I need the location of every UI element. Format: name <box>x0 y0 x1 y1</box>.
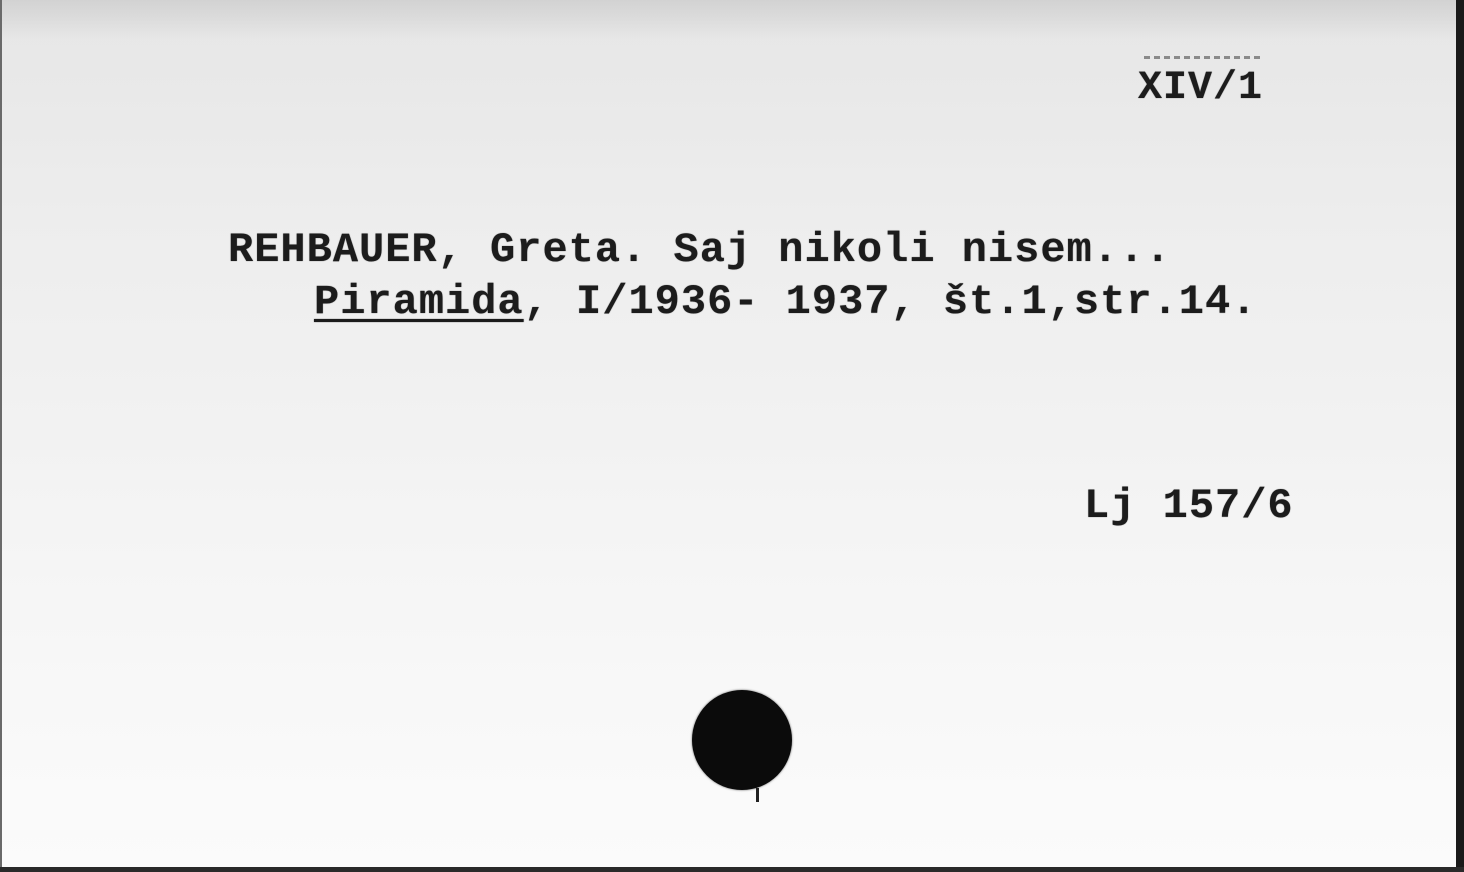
catalog-card: XIV/1 REHBAUER, Greta. Saj nikoli nisem.… <box>0 0 1456 867</box>
journal-title: Piramida <box>314 278 524 326</box>
entry-line-author-title: REHBAUER, Greta. Saj nikoli nisem... <box>228 226 1171 274</box>
smudge-mark <box>1144 56 1260 59</box>
citation-details: , I/1936- 1937, št.1,str.14. <box>524 278 1258 326</box>
work-title: Saj nikoli nisem... <box>673 226 1171 274</box>
call-number: XIV/1 <box>1138 66 1263 111</box>
location-code: Lj 157/6 <box>1084 482 1294 530</box>
entry-line-citation: Piramida, I/1936- 1937, št.1,str.14. <box>314 278 1257 326</box>
punch-hole-icon <box>692 690 792 790</box>
author-name: REHBAUER, Greta. <box>228 226 647 274</box>
card-bottom-edge <box>0 867 1464 872</box>
